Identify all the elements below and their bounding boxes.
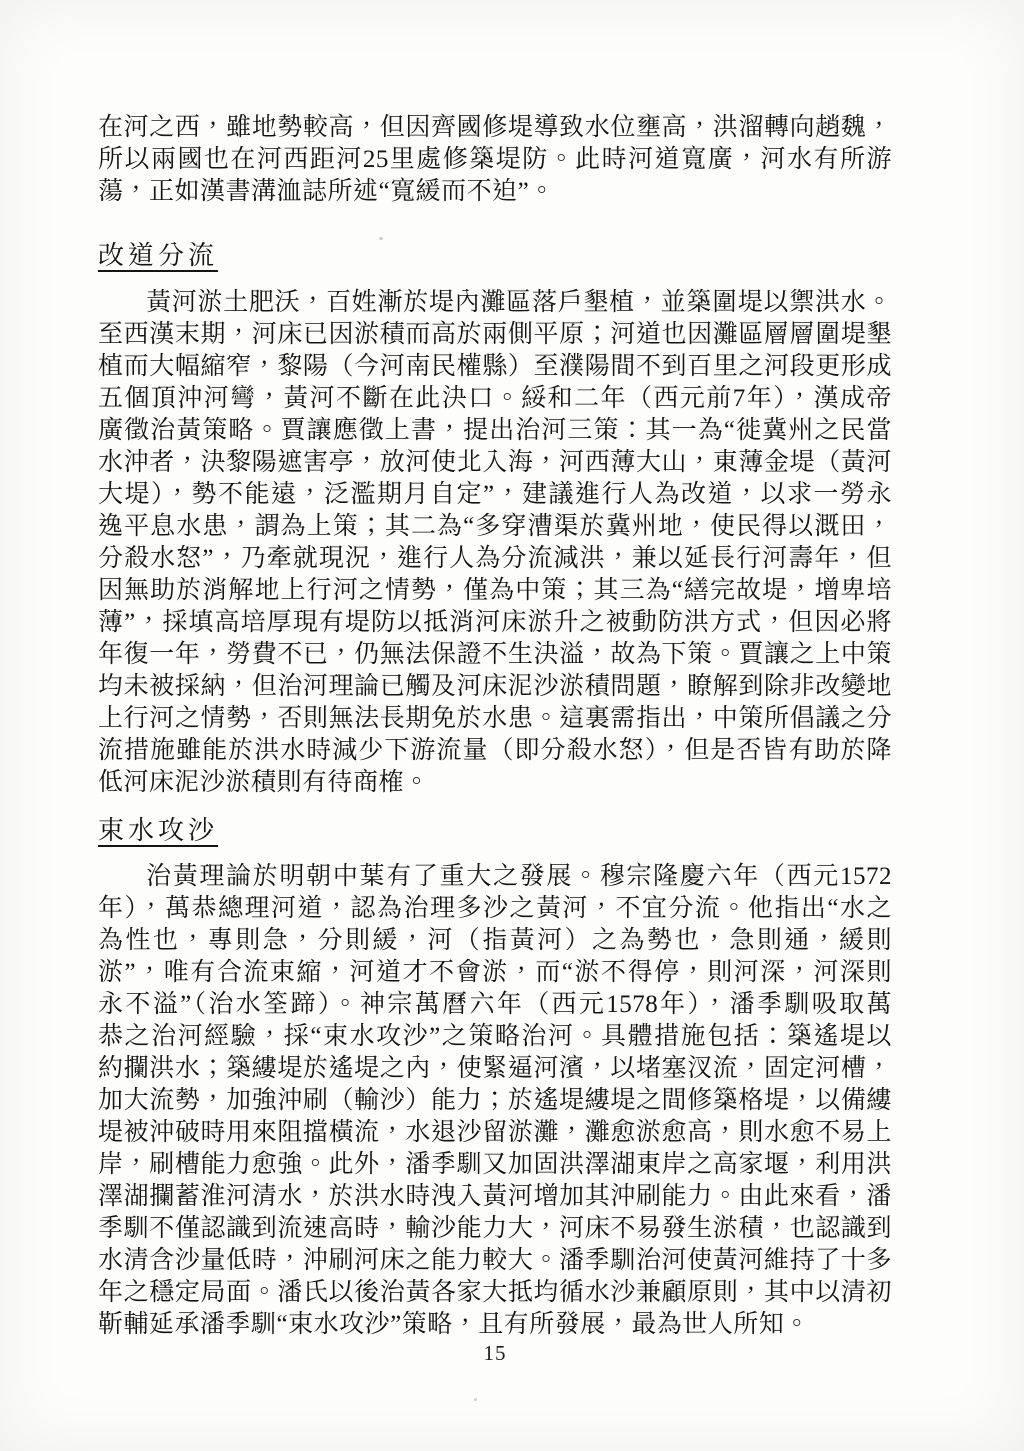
- text-line: 永不溢”（治水筌蹄）。神宗萬曆六年（西元1578年），潘季馴吸取萬: [98, 989, 892, 1021]
- text-line: 淤”，唯有合流束縮，河道才不會淤，而“淤不得停，則河深，河深則: [98, 957, 892, 989]
- text-block: 在河之西，雖地勢較高，但因齊國修堤導致水位壅高，洪溜轉向趙魏， 所以兩國也在河西…: [98, 112, 892, 1341]
- text-line: 恭之治河經驗，採“束水攻沙”之策略治河。具體措施包括：築遙堤以: [98, 1021, 892, 1053]
- text-line: 堤被沖破時用來阻擋橫流，水退沙留淤灘，灘愈淤愈高，則水愈不易上: [98, 1117, 892, 1149]
- text-line: 大堤），勢不能遠，泛濫期月自定”，建議進行人為改道，以求一勞永: [98, 479, 892, 511]
- paragraph-rerouting-diversion: 黃河淤土肥沃，百姓漸於堤內灘區落戶墾植，並築圍堤以禦洪水。 至西漢末期，河床已因…: [98, 287, 892, 799]
- scanned-document-page: 在河之西，雖地勢較高，但因齊國修堤導致水位壅高，洪溜轉向趙魏， 所以兩國也在河西…: [0, 0, 1024, 1451]
- text-line: 岸，刷槽能力愈強。此外，潘季馴又加固洪澤湖東岸之高家堰，利用洪: [98, 1149, 892, 1181]
- text-line: 低河床泥沙淤積則有待商榷。: [98, 767, 892, 799]
- text-line: 薄”，採填高培厚現有堤防以抵消河床淤升之被動防洪方式，但因必將: [98, 607, 892, 639]
- text-line: 分殺水怒”，乃牽就現況，進行人為分流減洪，兼以延長行河壽年，但: [98, 543, 892, 575]
- text-line: 加大流勢，加強沖刷（輸沙）能力；於遙堤縷堤之間修築格堤，以備縷: [98, 1085, 892, 1117]
- text-line: 廣徵治黃策略。賈讓應徵上書，提出治河三策：其一為“徙冀州之民當: [98, 415, 892, 447]
- text-line: 約攔洪水；築縷堤於遙堤之內，使緊逼河濱，以堵塞汊流，固定河槽，: [98, 1053, 892, 1085]
- text-line: 水清含沙量低時，沖刷河床之能力較大。潘季馴治河使黃河維持了十多: [98, 1245, 892, 1277]
- text-line: 靳輔延承潘季馴“束水攻沙”策略，且有所發展，最為世人所知。: [98, 1309, 892, 1341]
- page-number: 15: [98, 1341, 892, 1366]
- text-line: 在河之西，雖地勢較高，但因齊國修堤導致水位壅高，洪溜轉向趙魏，: [98, 112, 892, 144]
- text-line: 五個頂沖河彎，黃河不斷在此決口。綏和二年（西元前7年），漢成帝: [98, 383, 892, 415]
- text-line: 澤湖攔蓄淮河清水，於洪水時洩入黃河增加其沖刷能力。由此來看，潘: [98, 1181, 892, 1213]
- text-line: 流措施雖能於洪水時減少下游流量（即分殺水怒），但是否皆有助於降: [98, 735, 892, 767]
- text-line: 蕩，正如漢書溝洫誌所述“寬緩而不迫”。: [98, 176, 892, 208]
- text-line: 因無助於消解地上行河之情勢，僅為中策；其三為“繕完故堤，增卑培: [98, 575, 892, 607]
- text-line: 季馴不僅認識到流速高時，輸沙能力大，河床不易發生淤積，也認識到: [98, 1213, 892, 1245]
- text-line: 黃河淤土肥沃，百姓漸於堤內灘區落戶墾植，並築圍堤以禦洪水。: [98, 287, 892, 319]
- scan-speck: [474, 1398, 477, 1401]
- text-line: 至西漢末期，河床已因淤積而高於兩側平原；河道也因灘區層層圍堤墾: [98, 319, 892, 351]
- section-heading-text: 束水攻沙: [98, 816, 218, 845]
- paragraph-continuation: 在河之西，雖地勢較高，但因齊國修堤導致水位壅高，洪溜轉向趙魏， 所以兩國也在河西…: [98, 112, 892, 208]
- text-line: 逸平息水患，謂為上策；其二為“多穿漕渠於冀州地，使民得以溉田，: [98, 511, 892, 543]
- section-heading-text: 改道分流: [98, 241, 218, 270]
- text-line: 年復一年，勞費不已，仍無法保證不生決溢，故為下策。賈讓之上中策: [98, 639, 892, 671]
- text-line: 為性也，專則急，分則緩，河（指黃河）之為勢也，急則通，緩則: [98, 925, 892, 957]
- text-line: 上行河之情勢，否則無法長期免於水患。這裏需指出，中策所倡議之分: [98, 703, 892, 735]
- text-line: 治黃理論於明朝中葉有了重大之發展。穆宗隆慶六年（西元1572: [98, 861, 892, 893]
- text-line: 水沖者，決黎陽遮害亭，放河使北入海，河西薄大山，東薄金堤（黃河: [98, 447, 892, 479]
- section-heading-confine-water-attack-silt: 束水攻沙: [98, 815, 892, 847]
- text-line: 均未被採納，但治河理論已觸及河床泥沙淤積問題，瞭解到除非改變地: [98, 671, 892, 703]
- text-line: 所以兩國也在河西距河25里處修築堤防。此時河道寬廣，河水有所游: [98, 144, 892, 176]
- section-heading-rerouting-diversion: 改道分流: [98, 240, 892, 272]
- text-line: 年之穩定局面。潘氏以後治黃各家大抵均循水沙兼顧原則，其中以清初: [98, 1277, 892, 1309]
- text-line: 年），萬恭總理河道，認為治理多沙之黃河，不宜分流。他指出“水之: [98, 893, 892, 925]
- text-line: 植而大幅縮窄，黎陽（今河南民權縣）至濮陽間不到百里之河段更形成: [98, 351, 892, 383]
- paragraph-confine-water-attack-silt: 治黃理論於明朝中葉有了重大之發展。穆宗隆慶六年（西元1572 年），萬恭總理河道…: [98, 861, 892, 1341]
